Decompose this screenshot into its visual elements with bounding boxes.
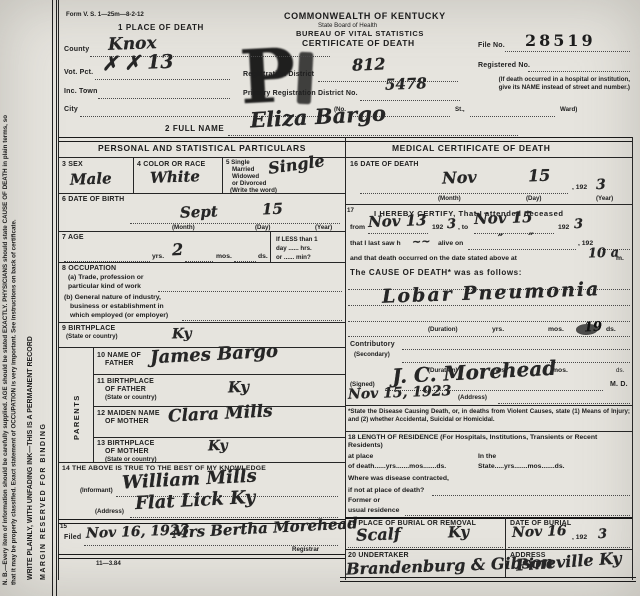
- dob-month-sub: (Month): [172, 224, 195, 231]
- left-border: [58, 0, 59, 580]
- print-code: 11—3.84: [96, 560, 121, 567]
- primary-district-value: 5478: [385, 74, 427, 93]
- filed-label: Filed: [64, 534, 81, 541]
- contributory-line-1: [402, 347, 630, 350]
- full-name-line: [228, 133, 518, 136]
- mother-bp-label-1: 13 BIRTHPLACE: [97, 440, 154, 447]
- contracted-label-2: if not at place of death?: [348, 487, 424, 494]
- margin-binding-note: MARGIN RESERVED FOR BINDING: [40, 190, 47, 580]
- certify-to-value: Nov 15: [474, 208, 533, 228]
- burial-year-value: 3: [598, 527, 608, 542]
- residence-at-place-2: of death......yrs.......mos.......ds.: [348, 463, 446, 470]
- occupation-a1: (a) Trade, profession or: [68, 274, 144, 281]
- occupation-label: 8 OCCUPATION: [62, 265, 116, 272]
- md-label: M. D.: [610, 381, 628, 388]
- dod-rule: [345, 204, 632, 205]
- father-name-rule: [93, 374, 345, 375]
- dod-label: 16 DATE OF DEATH: [350, 161, 419, 168]
- death-certificate-scan: N. B.—Every item of information should b…: [0, 0, 640, 596]
- parents-bottom-rule: [58, 462, 345, 463]
- cause-label: The CAUSE OF DEATH* was as follows:: [350, 268, 522, 277]
- color-marital-divider: [222, 157, 223, 193]
- certify-to-year-value: 3: [574, 217, 584, 232]
- header-bureau: BUREAU OF VITAL STATISTICS: [296, 29, 424, 38]
- city-label: City: [64, 106, 78, 113]
- occupation-rule: [58, 322, 345, 323]
- certify-from-year-value: 3: [447, 217, 457, 232]
- mother-name-label-2: OF MOTHER: [105, 418, 149, 425]
- color-value: White: [150, 167, 201, 187]
- dod-month-value: Nov: [442, 167, 477, 187]
- duration-ds-label: ds.: [606, 326, 616, 333]
- duration2-ds-label: ds.: [616, 367, 624, 374]
- age-label: 7 AGE: [62, 234, 84, 241]
- residence-in-state-2: State.....yrs.......mos.......ds.: [478, 463, 565, 470]
- father-name-value: James Bargo: [150, 341, 279, 369]
- occupation-b3: which employed (or employer): [70, 312, 168, 319]
- father-bp-label-1: 11 BIRTHPLACE: [97, 378, 154, 385]
- former-label-2: usual residence: [348, 507, 399, 514]
- father-bp-value: Ky: [228, 378, 250, 397]
- mother-name-value: Clara Mills: [168, 401, 274, 426]
- sex-label: 3 SEX: [62, 161, 83, 168]
- contracted-line: [432, 493, 630, 496]
- dod-day-value: 15: [528, 166, 551, 186]
- marital-label-3: Widowed: [232, 173, 259, 180]
- st-line: [470, 114, 555, 117]
- age-less-1: If LESS than 1: [276, 236, 318, 243]
- age-mos-value: 2: [172, 240, 184, 259]
- mother-bp-label-2: OF MOTHER: [105, 448, 149, 455]
- occupation-b2: business or establishment in: [70, 303, 164, 310]
- header-state-board: State Board of Health: [318, 22, 377, 29]
- hospital-note: (If death occurred in a hospital or inst…: [488, 76, 630, 93]
- certify-from-value: Nov 13: [368, 211, 427, 231]
- margin-nb-note: N. B.—Every item of information should b…: [2, 115, 26, 585]
- certify-from-line: [368, 231, 428, 234]
- informant-label: (Informant): [80, 487, 113, 494]
- last-saw-label: that I last saw h: [350, 240, 401, 247]
- birthplace-value: Ky: [172, 326, 192, 343]
- inc-town-line: [98, 96, 230, 99]
- registrar-label: Registrar: [292, 546, 319, 553]
- bottom-rule: [340, 577, 636, 582]
- dob-rule: [58, 231, 345, 232]
- registration-district-label: Registration District: [243, 71, 314, 78]
- age-ds-label: ds.: [258, 253, 268, 260]
- header-certificate: CERTIFICATE OF DEATH: [302, 38, 415, 48]
- former-label-1: Former or: [348, 497, 380, 504]
- marital-value: Single: [267, 151, 326, 178]
- file-no-label: File No.: [478, 42, 505, 49]
- occurred-m-label: m.: [616, 255, 624, 262]
- residence-in-state-1: In the: [478, 453, 496, 460]
- dod-year-printed: , 192: [572, 184, 587, 191]
- occupation-a2: particular kind of work: [68, 283, 141, 290]
- burial-place-value: Scalf: [356, 524, 401, 545]
- sex-row-rule: [58, 193, 345, 194]
- vot-pct-value: ✗ ✗ 13: [102, 51, 174, 75]
- age-yrs-label: yrs.: [152, 253, 164, 260]
- age-mos-label: mos.: [216, 253, 232, 260]
- burial-date-value: Nov 16: [512, 523, 567, 541]
- occupation-b-line: [182, 318, 342, 321]
- signed-rule: [345, 405, 632, 406]
- footnote-rule: [345, 431, 632, 432]
- former-line: [405, 513, 630, 516]
- occurred-label: and that death occurred on the date stat…: [350, 255, 517, 262]
- certify-to-year-printed: 192: [558, 224, 569, 231]
- last-saw-label-2: alive on: [438, 240, 463, 247]
- binding-edge-rule: [52, 0, 57, 596]
- father-name-label-2: FATHER: [105, 360, 134, 367]
- parents-inner-divider: [93, 347, 94, 462]
- certify-from-year-printed: 192: [432, 224, 443, 231]
- dod-day-sub: (Day): [526, 195, 541, 202]
- father-bp-sub: (State or country): [105, 394, 157, 401]
- sex-color-divider: [133, 157, 134, 193]
- full-name-label: 2 FULL NAME: [165, 124, 224, 133]
- age-less-3: or ...... min?: [276, 254, 311, 261]
- dob-day-sub: (Day): [255, 224, 270, 231]
- marital-label-2: Married: [232, 166, 254, 173]
- burial-year-printed: , 192: [572, 534, 587, 541]
- right-border: [632, 137, 633, 580]
- dob-month-value: Sept: [180, 202, 218, 221]
- dob-label: 6 DATE OF BIRTH: [62, 196, 124, 203]
- signed-date-value: Nov 15, 1923: [348, 383, 452, 403]
- duration-ds-value: 19: [584, 320, 603, 336]
- cause-footnote: *State the Disease Causing Death, or, in…: [348, 408, 630, 424]
- duration-mos-label: mos.: [548, 326, 564, 333]
- sex-value: Male: [70, 169, 112, 188]
- medical-section-title: MEDICAL CERTIFICATE OF DEATH: [392, 143, 550, 153]
- filed-item-number: 15: [60, 523, 67, 530]
- mother-bp-value: Ky: [208, 438, 228, 455]
- personal-section-title: PERSONAL AND STATISTICAL PARTICULARS: [98, 143, 306, 153]
- informant-address-label: (Address): [95, 508, 124, 515]
- certify-from-label: from: [350, 224, 365, 231]
- registration-district-value: 812: [352, 54, 386, 74]
- certify-to-label: , to: [458, 224, 468, 231]
- place-of-death-label: 1 PLACE OF DEATH: [118, 23, 204, 32]
- signed-address-line: [498, 401, 630, 404]
- registered-no-line: [528, 69, 630, 72]
- duration-yrs-label: yrs.: [492, 326, 504, 333]
- burial-state-value: Ky: [448, 523, 470, 542]
- birthplace-label: 9 BIRTHPLACE: [62, 325, 115, 332]
- registered-no-label: Registered No.: [478, 62, 530, 69]
- burial-line: [348, 545, 503, 548]
- age-less-2: day ...... hrs.: [276, 245, 312, 252]
- parents-side-label: PARENTS: [72, 372, 81, 440]
- primary-district-label: Primary Registration District No.: [243, 90, 358, 97]
- ward-label: Ward): [560, 106, 577, 113]
- marital-label-4: or Divorced: [232, 180, 266, 187]
- last-saw-scribble: ~~: [412, 235, 431, 249]
- birthplace-sub: (State or country): [66, 333, 118, 340]
- mother-name-label-1: 12 MAIDEN NAME: [97, 410, 160, 417]
- residence-label: 18 LENGTH OF RESIDENCE (For Hospitals, I…: [348, 434, 628, 451]
- contributory-label: Contributory: [350, 341, 395, 348]
- dod-month-sub: (Month): [438, 195, 461, 202]
- occupation-a-line: [158, 289, 342, 292]
- last-saw-ditto-value: ″ ″: [498, 230, 534, 245]
- secondary-label: (Secondary): [354, 351, 390, 358]
- residence-rule: [345, 517, 632, 519]
- file-no-value: 28519: [525, 31, 596, 50]
- occupation-b1: (b) General nature of industry,: [64, 294, 161, 301]
- residence-at-place-1: at place: [348, 453, 373, 460]
- county-label: County: [64, 46, 89, 53]
- inc-town-label: Inc. Town: [64, 88, 98, 95]
- marital-label-1: 5 Single: [226, 159, 250, 166]
- header-commonwealth: COMMONWEALTH OF KENTUCKY: [284, 11, 446, 21]
- age-rule: [58, 262, 345, 263]
- father-bp-label-2: OF FATHER: [105, 386, 146, 393]
- occurred-time-value: 10 a: [588, 245, 620, 261]
- dob-line: [130, 221, 340, 224]
- dob-day-value: 15: [262, 200, 283, 219]
- st-label: St.,: [455, 106, 465, 113]
- contracted-label-1: Where was disease contracted,: [348, 475, 449, 482]
- burial-divider: [505, 517, 506, 549]
- duration-label: (Duration): [428, 326, 458, 333]
- certify-item-number: 17: [347, 207, 354, 214]
- father-name-label-1: 10 NAME OF: [97, 352, 141, 359]
- dod-year-value: 3: [596, 177, 606, 193]
- dod-year-sub: (Year): [596, 195, 613, 202]
- form-code: Form V. S. 1—25m—8-2-12: [66, 11, 144, 18]
- filed-bottom-rule: [58, 554, 345, 559]
- dod-line: [360, 191, 568, 194]
- last-saw-line: [468, 247, 576, 250]
- vot-pct-line: [95, 77, 230, 80]
- margin-write-plainly: WRITE PLAINLY, WITH UNFADING INK—THIS IS…: [27, 70, 34, 580]
- burial-date-line: [508, 545, 630, 548]
- dob-year-sub: (Year): [315, 224, 332, 231]
- age-box-divider: [270, 231, 271, 262]
- signed-address-label: (Address): [458, 394, 487, 401]
- vot-pct-label: Vot. Pct.: [64, 69, 93, 76]
